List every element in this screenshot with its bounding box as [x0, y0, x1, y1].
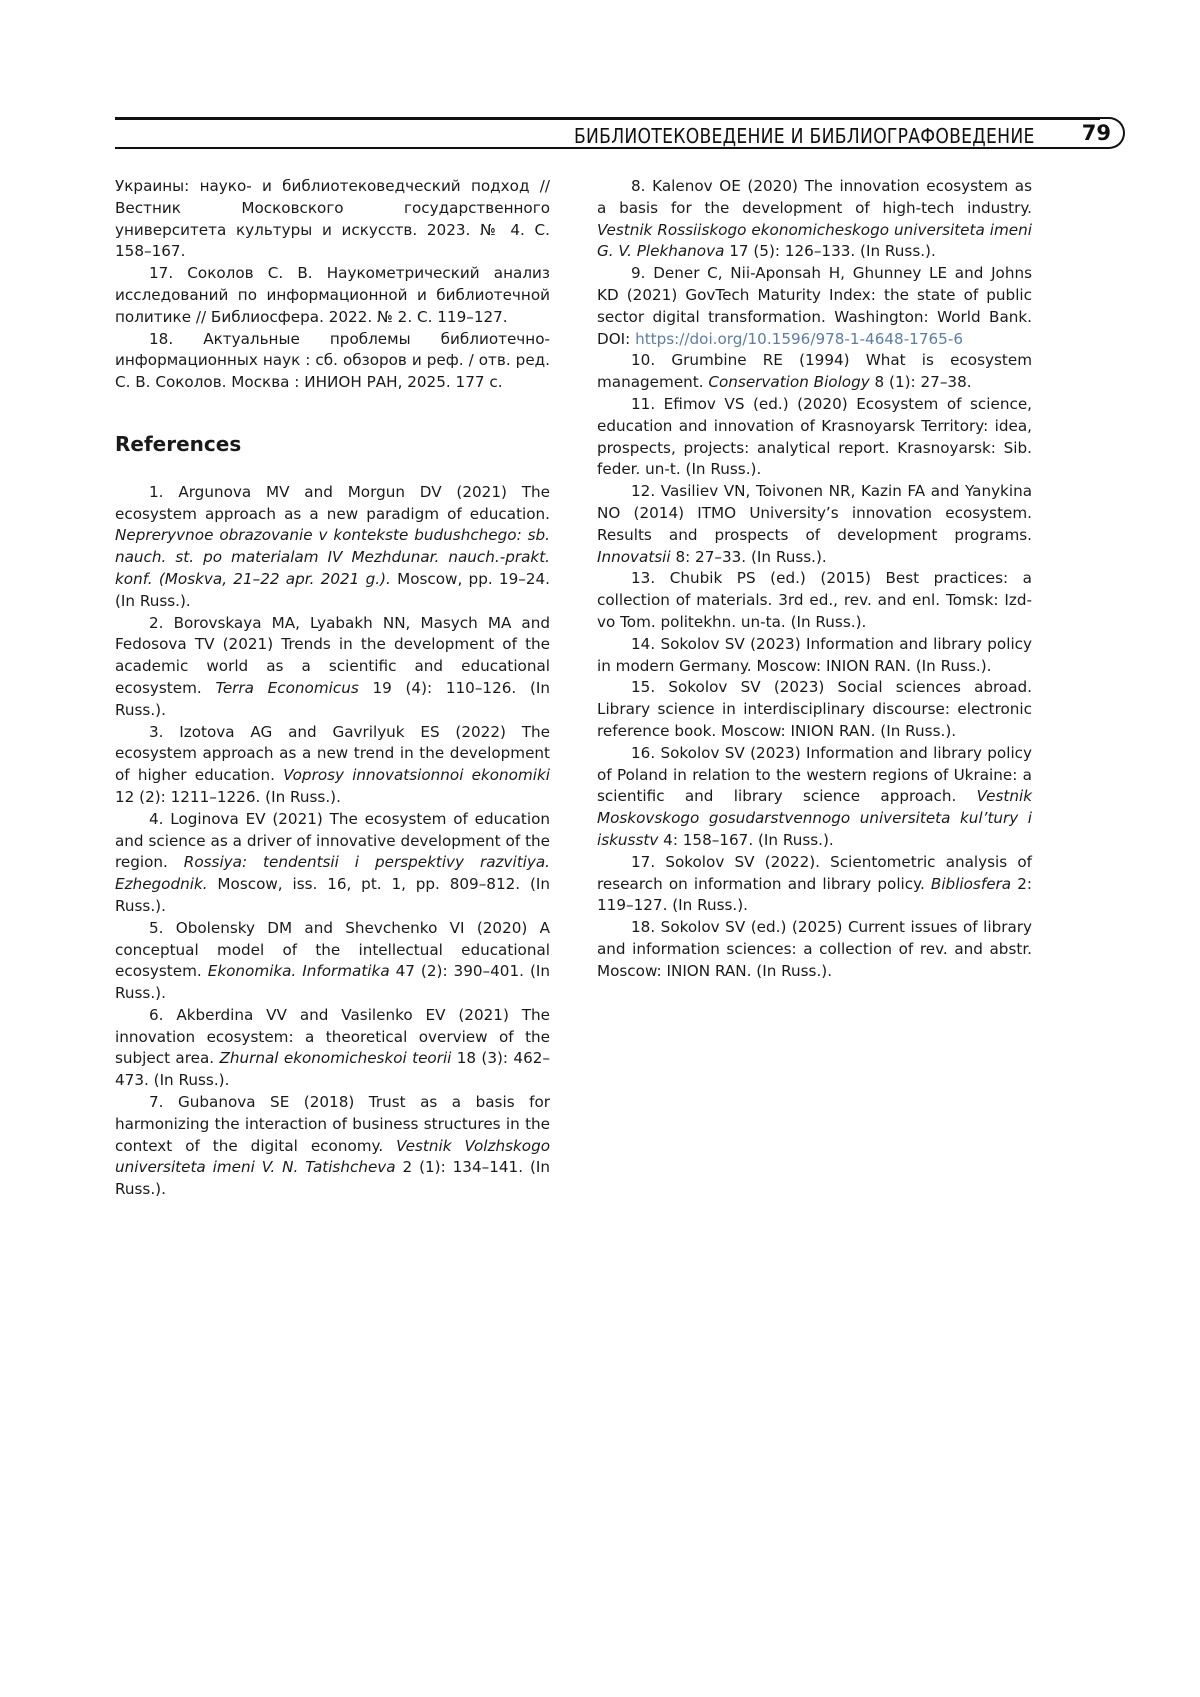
reference-source-title: Zhurnal ekonomicheskoi teorii	[219, 1049, 451, 1067]
reference-source-title: Voprosy innovatsionnoi ekonomiki	[283, 766, 550, 784]
reference-entry: 8. Kalenov OE (2020) The innovation ecos…	[597, 176, 1032, 263]
reference-source-title: Bibliosfera	[931, 875, 1011, 893]
doi-link[interactable]: https://doi.org/10.1596/978-1-4648-1765-…	[635, 330, 963, 348]
reference-source-title: Conservation Biology	[708, 373, 869, 391]
running-title: БИБЛИОТЕКОВЕДЕНИЕ И БИБЛИОГРАФОВЕДЕНИЕ	[574, 124, 1035, 148]
ru-reference: 17. Соколов С. В. Наукометрический анали…	[115, 263, 550, 328]
ru-reference-continued: Украины: науко- и библиотековедческий по…	[115, 176, 550, 263]
reference-text: 12. Vasiliev VN, Toivonen NR, Kazin FA a…	[597, 482, 1032, 544]
header-top-rule	[115, 117, 1100, 120]
reference-source-title: Terra Economicus	[215, 679, 358, 697]
reference-details: 4: 158–167. (In Russ.).	[658, 831, 833, 849]
reference-entry: 5. Obolensky DM and Shevchenko VI (2020)…	[115, 918, 550, 1005]
reference-entry: 14. Sokolov SV (2023) Information and li…	[597, 634, 1032, 678]
reference-entry: 13. Chubik PS (ed.) (2015) Best practice…	[597, 568, 1032, 633]
reference-text: 18. Sokolov SV (ed.) (2025) Current issu…	[597, 918, 1032, 980]
right-column: 8. Kalenov OE (2020) The innovation ecos…	[597, 176, 1032, 982]
left-column: Украины: науко- и библиотековедческий по…	[115, 176, 550, 1201]
page-number: 79	[1082, 121, 1111, 145]
reference-entry: 4. Loginova EV (2021) The ecosystem of e…	[115, 809, 550, 918]
reference-entry: 11. Efimov VS (ed.) (2020) Ecosystem of …	[597, 394, 1032, 481]
reference-entry: 7. Gubanova SE (2018) Trust as a basis f…	[115, 1092, 550, 1201]
reference-entry: 16. Sokolov SV (2023) Information and li…	[597, 743, 1032, 852]
reference-entry: 17. Sokolov SV (2022). Scientometric ana…	[597, 852, 1032, 917]
reference-entry: 18. Sokolov SV (ed.) (2025) Current issu…	[597, 917, 1032, 982]
reference-text: 13. Chubik PS (ed.) (2015) Best practice…	[597, 569, 1032, 631]
references-list-left: 1. Argunova MV and Morgun DV (2021) The …	[115, 482, 550, 1201]
reference-entry: 15. Sokolov SV (2023) Social sciences ab…	[597, 677, 1032, 742]
reference-details: 17 (5): 126–133. (In Russ.).	[724, 242, 935, 260]
running-header: БИБЛИОТЕКОВЕДЕНИЕ И БИБЛИОГРАФОВЕДЕНИЕ 7…	[115, 117, 1125, 151]
reference-details: 8: 27–33. (In Russ.).	[671, 548, 827, 566]
reference-entry: 6. Akberdina VV and Vasilenko EV (2021) …	[115, 1005, 550, 1092]
reference-details: 8 (1): 27–38.	[870, 373, 972, 391]
reference-text: 8. Kalenov OE (2020) The innovation ecos…	[597, 177, 1032, 217]
reference-details: 12 (2): 1211–1226. (In Russ.).	[115, 788, 341, 806]
reference-source-title: Innovatsii	[597, 548, 671, 566]
reference-entry: 2. Borovskaya MA, Lyabakh NN, Masych MA …	[115, 613, 550, 722]
reference-entry: 1. Argunova MV and Morgun DV (2021) The …	[115, 482, 550, 613]
reference-text: 16. Sokolov SV (2023) Information and li…	[597, 744, 1032, 806]
reference-entry: 12. Vasiliev VN, Toivonen NR, Kazin FA a…	[597, 481, 1032, 568]
reference-entry: 10. Grumbine RE (1994) What is ecosystem…	[597, 350, 1032, 394]
reference-entry: 9. Dener C, Nii-Aponsah H, Ghunney LE an…	[597, 263, 1032, 350]
ru-reference: 18. Актуальные проблемы библиотечно-инфо…	[115, 329, 550, 394]
reference-source-title: Ekonomika. Informatika	[208, 962, 390, 980]
references-heading: References	[115, 434, 550, 456]
reference-entry: 3. Izotova AG and Gavrilyuk ES (2022) Th…	[115, 722, 550, 809]
reference-text: 14. Sokolov SV (2023) Information and li…	[597, 635, 1032, 675]
reference-text: 1. Argunova MV and Morgun DV (2021) The …	[115, 483, 550, 523]
reference-text: 15. Sokolov SV (2023) Social sciences ab…	[597, 678, 1032, 740]
references-list-right: 8. Kalenov OE (2020) The innovation ecos…	[597, 176, 1032, 982]
reference-text: 11. Efimov VS (ed.) (2020) Ecosystem of …	[597, 395, 1032, 478]
